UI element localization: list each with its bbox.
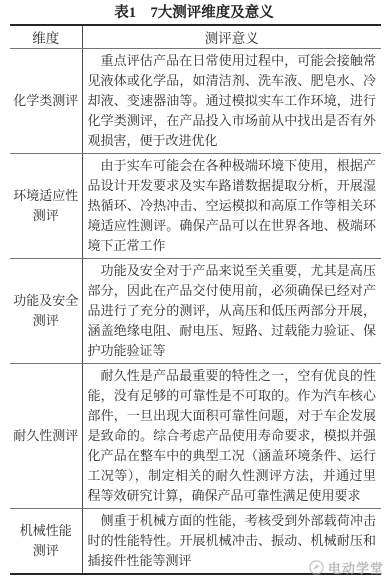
table-row-function-safety: 功能及安全 测评 功能及安全对于产品来说至关重要，尤其是高压部分，因此在产品交付…	[10, 259, 381, 364]
watermark-label: 电动学堂	[328, 558, 384, 577]
watermark-logo-icon	[309, 560, 324, 575]
dimension-cell: 环境适应性 测评	[10, 154, 82, 259]
meaning-cell: 重点评估产品在日常使用过程中，可能会接触常见液体或化学品，如清洁剂、洗车液、肥皂…	[82, 49, 381, 154]
table-title: 表1 7大测评维度及意义	[0, 3, 388, 23]
meaning-cell: 由于实车可能会在各种极端环境下使用，根据产品设计开发要求及实车路谱数据提取分析，…	[82, 154, 381, 259]
table-row-environment: 环境适应性 测评 由于实车可能会在各种极端环境下使用，根据产品设计开发要求及实车…	[10, 154, 381, 259]
meaning-cell: 功能及安全对于产品来说至关重要，尤其是高压部分，因此在产品交付使用前，必须确保已…	[82, 259, 381, 364]
table-row-durability: 耐久性测评 耐久性是产品最重要的特性之一，空有优良的性能，没有足够的可靠性是不可…	[10, 364, 381, 509]
dimension-cell: 耐久性测评	[10, 364, 82, 509]
dimension-cell: 化学类测评	[10, 49, 82, 154]
dimension-cell: 机械性能 测评	[10, 509, 82, 575]
column-header-dimension: 维度	[10, 25, 82, 49]
meaning-cell: 耐久性是产品最重要的特性之一，空有优良的性能，没有足够的可靠性是不可取的。作为汽…	[82, 364, 381, 509]
watermark: 电动学堂	[309, 558, 384, 577]
column-header-meaning: 测评意义	[82, 25, 381, 49]
table-row-chemical: 化学类测评 重点评估产品在日常使用过程中，可能会接触常见液体或化学品，如清洁剂、…	[10, 49, 381, 154]
dimension-cell: 功能及安全 测评	[10, 259, 82, 364]
evaluation-table: 维度 测评意义 化学类测评 重点评估产品在日常使用过程中，可能会接触常见液体或化…	[10, 24, 381, 575]
header-row: 维度 测评意义	[10, 25, 381, 49]
